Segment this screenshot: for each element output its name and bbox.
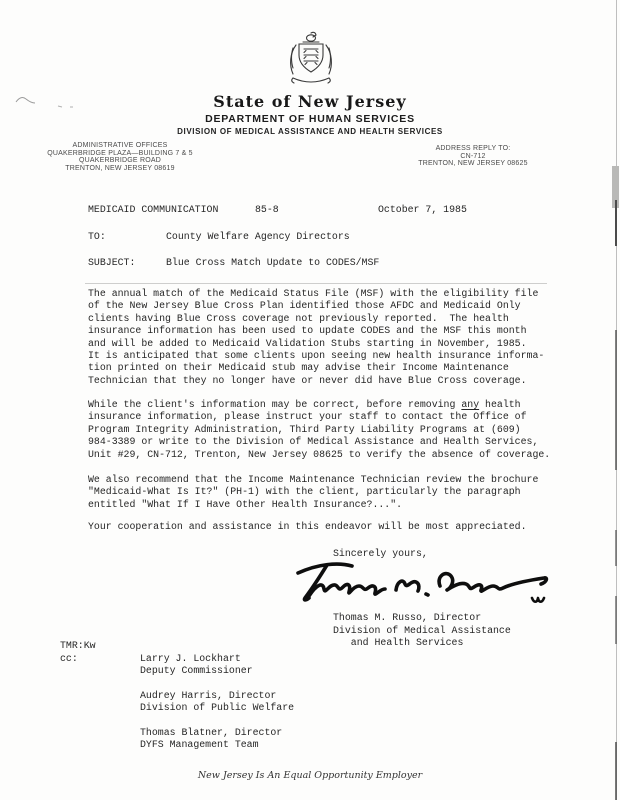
to-value: County Welfare Agency Directors [166, 231, 350, 243]
communication-label: MEDICAID COMMUNICATION [88, 204, 218, 216]
equal-opportunity-tagline: New Jersey Is An Equal Opportunity Emplo… [0, 770, 620, 781]
new-jersey-state-seal-icon [285, 30, 337, 88]
scan-edge-segment [615, 596, 617, 644]
underlined-word: any [461, 399, 479, 410]
body-paragraph-3: We also recommend that the Income Mainte… [88, 474, 538, 511]
subject-value: Blue Cross Match Update to CODES/MSF [166, 257, 379, 269]
state-name: State of New Jersey [0, 92, 620, 111]
communication-number: 85-8 [255, 204, 279, 216]
body-paragraph-4: Your cooperation and assistance in this … [88, 521, 527, 533]
cc-entry: Thomas Blatner, DirectorDYFS Management … [140, 727, 282, 752]
paragraph-2-text: While the client's information may be co… [88, 399, 461, 410]
signer-name: Thomas M. Russo, Director [333, 612, 481, 624]
scan-edge-segment [615, 742, 617, 800]
scan-edge-segment [615, 530, 617, 566]
cc-name: Larry J. Lockhart [140, 653, 241, 664]
cc-entry: Larry J. LockhartDeputy Commissioner [140, 653, 253, 678]
to-label: TO: [88, 231, 106, 243]
scanned-letter-page: State of New Jersey DEPARTMENT OF HUMAN … [0, 0, 620, 800]
body-paragraph-2: While the client's information may be co… [88, 399, 550, 461]
cc-label: cc: [60, 653, 78, 665]
cc-name: Thomas Blatner, Director [140, 727, 282, 738]
letter-date: October 7, 1985 [378, 204, 467, 216]
header-separator-line [85, 283, 547, 284]
cc-title: Division of Public Welfare [140, 702, 294, 713]
typist-initials: TMR:Kw [60, 640, 96, 652]
division-name: DIVISION OF MEDICAL ASSISTANCE AND HEALT… [0, 127, 620, 136]
department-name: DEPARTMENT OF HUMAN SERVICES [0, 113, 620, 125]
reply-address: ADDRESS REPLY TO: CN-712 TRENTON, NEW JE… [388, 145, 558, 168]
administrative-offices-address: ADMINISTRATIVE OFFICES QUAKERBRIDGE PLAZ… [30, 142, 210, 172]
cc-title: Deputy Commissioner [140, 665, 253, 676]
cc-name: Audrey Harris, Director [140, 690, 276, 701]
signer-title: Division of Medical Assistance and Healt… [333, 625, 511, 650]
scan-edge-segment [615, 330, 617, 470]
subject-label: SUBJECT: [88, 257, 135, 269]
body-paragraph-1: The annual match of the Medicaid Status … [88, 288, 544, 387]
cc-title: DYFS Management Team [140, 739, 259, 750]
pen-scribble-mark [12, 94, 90, 110]
cc-entry: Audrey Harris, DirectorDivision of Publi… [140, 690, 294, 715]
handwritten-signature-icon [292, 556, 554, 610]
scan-edge-segment [615, 200, 617, 246]
